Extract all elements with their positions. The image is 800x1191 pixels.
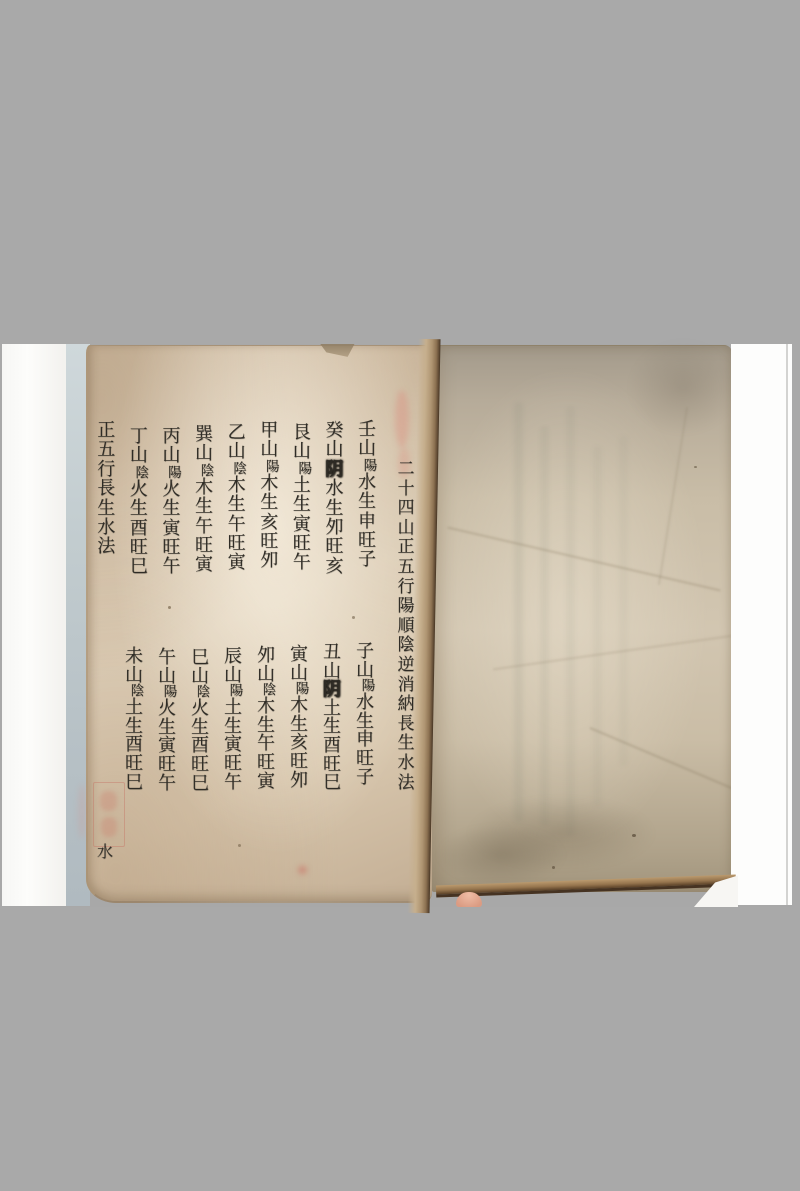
- char: 陰: [191, 685, 217, 699]
- manuscript-column-lower: 巳山陰火生酉旺巳: [187, 648, 213, 792]
- char: 山: [395, 518, 417, 538]
- char: 五: [395, 557, 417, 577]
- char: 山: [121, 666, 147, 685]
- char: 旺: [158, 538, 184, 557]
- paper-stain: [628, 340, 738, 435]
- char: 壬: [354, 420, 380, 439]
- char: 陽: [290, 682, 316, 696]
- char: 土: [220, 698, 246, 717]
- char: 山: [319, 662, 345, 681]
- manuscript-column-upper: 壬山陽水生申旺子: [354, 420, 380, 570]
- char: 巳: [121, 773, 147, 792]
- finger: [456, 892, 482, 907]
- char: 未: [121, 647, 147, 666]
- char: 申: [352, 730, 378, 749]
- char: 辰: [220, 647, 246, 666]
- char: 生: [191, 497, 217, 516]
- char: 生: [154, 718, 180, 737]
- char: 山: [224, 442, 250, 461]
- char: 夘: [286, 771, 312, 790]
- char: 丙: [158, 427, 184, 446]
- char: 生: [158, 499, 184, 518]
- foxing-speck: [168, 606, 171, 609]
- char: 行: [395, 577, 417, 597]
- char: 陽: [395, 596, 417, 616]
- char: 巽: [191, 425, 217, 444]
- corner-character: 水: [97, 844, 113, 861]
- char: 丁: [126, 427, 152, 446]
- char: 旺: [256, 532, 282, 551]
- char: 山: [256, 440, 282, 459]
- char: 土: [289, 476, 315, 495]
- char: 旺: [121, 754, 147, 773]
- char: 生: [253, 716, 279, 735]
- char: 山: [158, 446, 184, 465]
- char: 陽: [358, 459, 384, 473]
- char: 陰: [395, 635, 417, 655]
- char: 寅: [220, 735, 246, 754]
- char: 山: [321, 440, 347, 459]
- char: 寅: [289, 515, 315, 534]
- char: 生: [187, 718, 213, 737]
- manuscript-column-upper: 正五行長生水法: [93, 421, 119, 557]
- char: 旺: [286, 752, 312, 771]
- char: 陽: [260, 460, 286, 474]
- char: 陰: [195, 464, 221, 478]
- char: 乙: [224, 423, 250, 442]
- manuscript-column-lower: 丑山阴土生酉旺巳: [319, 643, 345, 792]
- char: 旺: [253, 753, 279, 772]
- seal-mark: [101, 817, 117, 837]
- char: 亥: [321, 557, 347, 576]
- char: 子: [354, 550, 380, 569]
- char: 夘: [256, 551, 282, 570]
- char: 順: [395, 616, 417, 636]
- char: 夘: [253, 646, 279, 665]
- char: 旺: [321, 537, 347, 556]
- char: 陽: [292, 462, 318, 476]
- char: 旺: [319, 755, 345, 774]
- char: 旺: [289, 534, 315, 553]
- char: 酉: [187, 736, 213, 755]
- char: 生: [256, 493, 282, 512]
- char: 陽: [158, 685, 184, 699]
- char: 旺: [224, 534, 250, 553]
- char: 火: [126, 480, 152, 499]
- red-seal: [93, 782, 125, 847]
- char: 旺: [187, 755, 213, 774]
- char: 陽: [356, 679, 382, 693]
- page-edge-line: [786, 344, 788, 905]
- char: 納: [395, 694, 417, 714]
- char: 旺: [154, 755, 180, 774]
- char: 陰: [129, 466, 155, 480]
- manuscript-column-upper: 乙山陰木生午旺寅: [224, 423, 250, 573]
- char: 丑: [319, 643, 345, 662]
- char: 寅: [158, 519, 184, 538]
- char: 水: [352, 693, 378, 712]
- char: 巳: [187, 774, 213, 793]
- char: 山: [191, 444, 217, 463]
- char: 午: [253, 734, 279, 753]
- char: 陽: [224, 684, 250, 698]
- char: 巳: [319, 773, 345, 792]
- char: 巳: [187, 648, 213, 667]
- manuscript-column-lower: 子山陽水生申旺子: [352, 642, 378, 786]
- char: 正: [395, 537, 417, 557]
- char: 陰: [125, 684, 151, 698]
- red-smudge: [298, 866, 307, 874]
- manuscript-column-lower: 夘山陰木生午旺寅: [253, 646, 279, 790]
- char: 生: [93, 499, 119, 518]
- manuscript-column-lower: 午山陽火生寅旺午: [154, 648, 180, 792]
- seal-mark: [100, 791, 117, 811]
- char: 寅: [154, 736, 180, 755]
- char: 寅: [286, 645, 312, 664]
- char: 申: [354, 512, 380, 531]
- char: 十: [395, 479, 417, 499]
- char: 酉: [121, 735, 147, 754]
- char: 山: [286, 664, 312, 683]
- char: 法: [395, 773, 417, 793]
- char: 水: [93, 518, 119, 537]
- blank-page-right: [432, 345, 732, 892]
- char: 山: [289, 442, 315, 461]
- manuscript-column-upper: 癸山阴水生夘旺亥: [321, 421, 347, 576]
- char: 甲: [256, 421, 282, 440]
- char: 子: [352, 642, 378, 661]
- char: 法: [93, 537, 119, 556]
- char: 山: [352, 661, 378, 680]
- char: 旺: [354, 531, 380, 550]
- char: 亥: [256, 513, 282, 532]
- char: 阴: [319, 680, 345, 699]
- char: 亥: [286, 733, 312, 752]
- char: 長: [395, 714, 417, 734]
- char: 夘: [321, 518, 347, 537]
- ink-showthrough: [619, 436, 628, 766]
- paper-crease: [447, 527, 720, 592]
- foxing-speck: [552, 866, 555, 869]
- char: 生: [224, 495, 250, 514]
- char: 長: [93, 479, 119, 498]
- left-page-edge-strip: [2, 344, 66, 906]
- char: 生: [126, 499, 152, 518]
- ink-showthrough: [566, 406, 575, 836]
- char: 酉: [126, 519, 152, 538]
- char: 午: [224, 515, 250, 534]
- char: 生: [289, 495, 315, 514]
- char: 午: [158, 557, 184, 576]
- char: 艮: [289, 423, 315, 442]
- manuscript-column-upper: 甲山陽木生亥旺夘: [256, 421, 282, 571]
- char: 寅: [224, 553, 250, 572]
- char: 生: [352, 712, 378, 731]
- ink-showthrough: [593, 446, 602, 806]
- title-column: 二十四山正五行陽順陰逆消納長生水法: [395, 459, 417, 792]
- char: 旺: [352, 749, 378, 768]
- foxing-speck: [632, 834, 636, 837]
- manuscript-column-upper: 丁山陰火生酉旺巳: [126, 427, 152, 577]
- char: 寅: [253, 772, 279, 791]
- char: 木: [256, 474, 282, 493]
- char: 阴: [321, 460, 347, 479]
- char: 午: [191, 517, 217, 536]
- char: 山: [354, 439, 380, 458]
- char: 生: [121, 717, 147, 736]
- char: 火: [158, 480, 184, 499]
- char: 五: [93, 440, 119, 459]
- char: 午: [154, 648, 180, 667]
- char: 逆: [395, 655, 417, 675]
- char: 陽: [162, 466, 188, 480]
- char: 四: [395, 498, 417, 518]
- char: 山: [220, 666, 246, 685]
- manuscript-column-upper: 丙山陽火生寅旺午: [158, 427, 184, 577]
- char: 水: [395, 753, 417, 773]
- char: 土: [121, 698, 147, 717]
- char: 生: [220, 717, 246, 736]
- char: 山: [253, 665, 279, 684]
- char: 寅: [191, 555, 217, 574]
- char: 消: [395, 675, 417, 695]
- char: 陰: [257, 683, 283, 697]
- char: 山: [126, 446, 152, 465]
- char: 正: [93, 421, 119, 440]
- manuscript-column-lower: 辰山陽土生寅旺午: [220, 647, 246, 791]
- char: 水: [321, 479, 347, 498]
- char: 火: [187, 699, 213, 718]
- char: 生: [319, 717, 345, 736]
- char: 木: [253, 697, 279, 716]
- char: 行: [93, 460, 119, 479]
- paper-stain: [436, 824, 566, 886]
- char: 巳: [126, 557, 152, 576]
- char: 子: [352, 768, 378, 787]
- char: 生: [395, 733, 417, 753]
- manuscript-column-upper: 艮山陽土生寅旺午: [289, 423, 315, 573]
- char: 旺: [220, 754, 246, 773]
- char: 旺: [126, 538, 152, 557]
- ink-showthrough: [540, 426, 549, 826]
- ink-showthrough: [514, 402, 523, 822]
- char: 酉: [319, 736, 345, 755]
- char: 陰: [227, 462, 253, 476]
- char: 木: [191, 478, 217, 497]
- char: 午: [220, 773, 246, 792]
- char: 山: [154, 667, 180, 686]
- manuscript-column-lower: 寅山陽木生亥旺夘: [286, 645, 312, 789]
- char: 木: [286, 696, 312, 715]
- char: 二: [395, 459, 417, 479]
- char: 火: [154, 699, 180, 718]
- char: 生: [286, 715, 312, 734]
- foxing-speck: [352, 616, 355, 619]
- manuscript-column-upper: 巽山陰木生午旺寅: [191, 425, 217, 575]
- char: 午: [289, 553, 315, 572]
- char: 午: [154, 774, 180, 793]
- char: 木: [224, 476, 250, 495]
- char: 土: [319, 699, 345, 718]
- red-smudge: [78, 784, 86, 839]
- manuscript-column-lower: 未山陰土生酉旺巳: [121, 647, 147, 791]
- char: 山: [187, 667, 213, 686]
- char: 旺: [191, 536, 217, 555]
- screenshot-root: { "colors": { "background_gray": "#a9a9a…: [0, 0, 800, 1191]
- red-smudge: [395, 390, 409, 448]
- char: 水: [354, 473, 380, 492]
- char: 癸: [321, 421, 347, 440]
- right-page-edge-strip: [731, 344, 792, 905]
- foxing-speck: [694, 466, 697, 468]
- paper-crease: [493, 634, 741, 671]
- char: 生: [321, 499, 347, 518]
- foxing-speck: [238, 844, 241, 847]
- book-photo: 水 二十四山正五行陽順陰逆消納長生水法壬山陽水生申旺子癸山阴水生夘旺亥艮山陽土生…: [0, 344, 792, 907]
- char: 生: [354, 492, 380, 511]
